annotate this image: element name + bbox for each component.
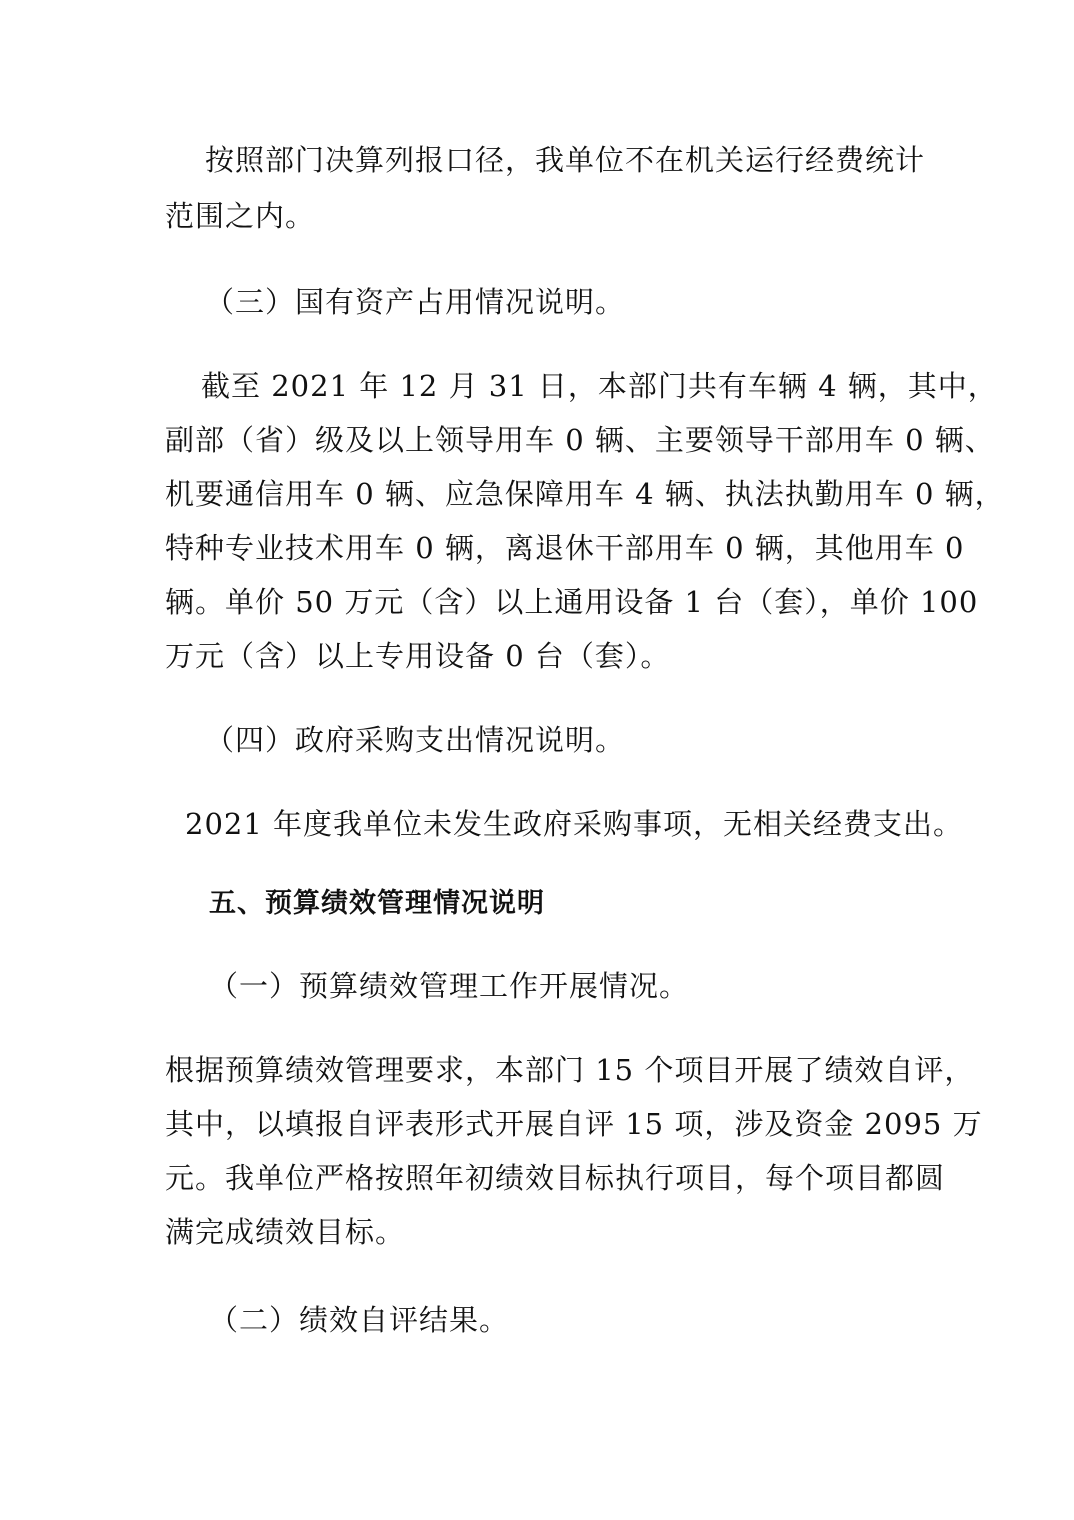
paragraph-line: 截至 2021 年 12 月 31 日，本部门共有车辆 4 辆，其中， [165,366,961,406]
section-heading: （四）政府采购支出情况说明。 [165,720,965,760]
section-heading: （三）国有资产占用情况说明。 [165,282,965,322]
paragraph-line: 按照部门决算列报口径，我单位不在机关运行经费统计 [165,140,965,180]
paragraph-line: 辆。单价 50 万元（含）以上通用设备 1 台（套），单价 100 [165,582,925,622]
paragraph-line: 范围之内。 [165,196,925,236]
paragraph-line: 满完成绩效目标。 [165,1212,925,1252]
section-heading: （二）绩效自评结果。 [165,1300,969,1340]
paragraph-line: 根据预算绩效管理要求，本部门 15 个项目开展了绩效自评， [165,1050,925,1090]
paragraph-line: 2021 年度我单位未发生政府采购事项，无相关经费支出。 [165,804,945,844]
paragraph-line: 万元（含）以上专用设备 0 台（套）。 [165,636,925,676]
section-heading: （一）预算绩效管理工作开展情况。 [165,966,969,1006]
paragraph-line: 特种专业技术用车 0 辆，离退休干部用车 0 辆，其他用车 0 [165,528,925,568]
paragraph-line: 机要通信用车 0 辆、应急保障用车 4 辆、执法执勤用车 0 辆， [165,474,925,514]
document-page: 按照部门决算列报口径，我单位不在机关运行经费统计 范围之内。 （三）国有资产占用… [0,0,1074,1520]
paragraph-line: 其中，以填报自评表形式开展自评 15 项，涉及资金 2095 万 [165,1104,925,1144]
paragraph-line: 副部（省）级及以上领导用车 0 辆、主要领导干部用车 0 辆、 [165,420,925,460]
paragraph-line: 元。我单位严格按照年初绩效目标执行项目，每个项目都圆 [165,1158,925,1198]
chapter-heading: 五、预算绩效管理情况说明 [165,884,969,924]
